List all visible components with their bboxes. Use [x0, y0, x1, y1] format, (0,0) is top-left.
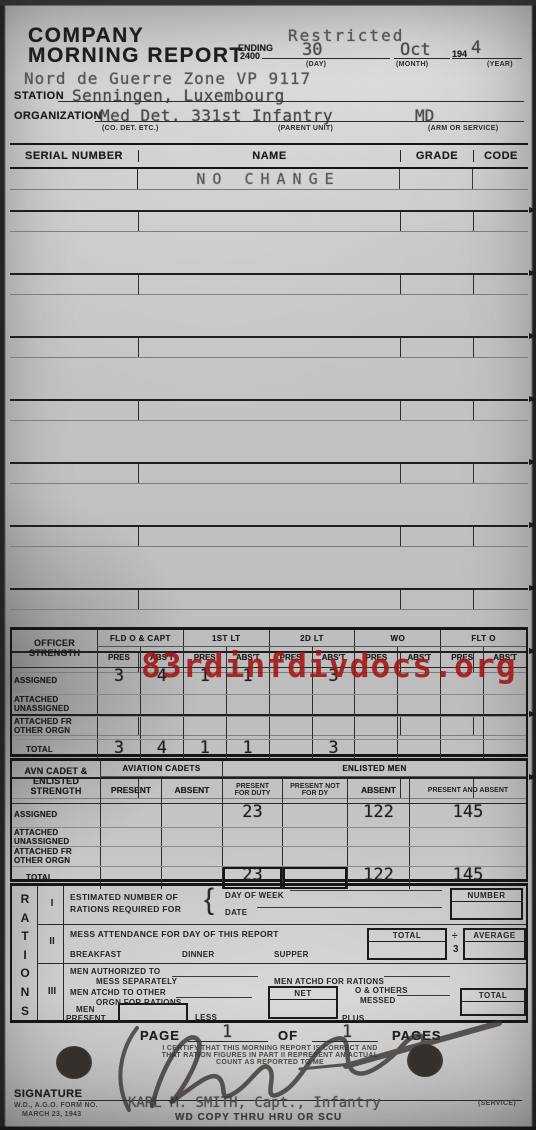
organization-service-value: MD: [415, 106, 434, 125]
meal-supper: SUPPER: [274, 950, 309, 959]
form-title-line2: MORNING REPORT: [28, 44, 244, 68]
date-month-value: Oct: [400, 40, 431, 60]
day-sublabel: (DAY): [306, 61, 326, 68]
roster-entry-code: [472, 169, 528, 189]
atchd-other-line: [176, 997, 252, 998]
atchd-other-line1: MEN ATCHD TO OTHER: [70, 988, 166, 997]
station-value: Senningen, Luxembourg: [72, 86, 285, 105]
station-underline: [58, 101, 524, 102]
estimated-line2: RATIONS REQUIRED FOR: [70, 904, 181, 914]
form-number-line2: MARCH 23, 1943: [22, 1111, 81, 1118]
officer-group-1stlt: 1ST LT: [183, 630, 269, 646]
atchd-rations-label: MEN ATCHD FOR RATIONS: [274, 977, 384, 986]
officer-row-attached-fr: ATTACHED FR OTHER ORGN: [12, 717, 526, 740]
rations-divider-1: [37, 886, 38, 1020]
enlisted-row-attached-unassigned: ATTACHED UNASSIGNED: [12, 828, 526, 847]
officer-value: 3: [97, 668, 140, 694]
roster-empty-row: [10, 273, 528, 316]
org-sublabel-arm: (ARM OR SERVICE): [428, 125, 498, 132]
officer-row-label: ASSIGNED: [12, 676, 97, 687]
auth-line1: MEN AUTHORIZED TO: [70, 967, 160, 976]
roster-empty-row: [10, 525, 528, 568]
enlisted-row-label: ASSIGNED: [12, 810, 100, 821]
auth-line2: MESS SEPARATELY: [96, 977, 177, 986]
service-sublabel: (SERVICE): [478, 1100, 516, 1107]
of-label: OF: [278, 1028, 298, 1043]
roster-empty-row: [10, 462, 528, 505]
copy-note: WD COPY THRU HRU OR SCU: [175, 1112, 342, 1123]
organization-underline: [95, 121, 524, 122]
others-line2: MESSED: [360, 996, 396, 1005]
others-line: [397, 995, 450, 996]
enlisted-value: 23: [222, 804, 282, 827]
col-present-for-duty: PRESENT FOR DUTY: [222, 777, 282, 803]
average-box-label: AVERAGE: [465, 930, 524, 942]
roster-empty-row: [10, 210, 528, 253]
enlisted-row-assigned: ASSIGNED 23 122 145: [12, 803, 526, 828]
officer-corner-label: OFFICER STRENGTH: [12, 630, 97, 667]
officer-group-wo: WO: [354, 630, 440, 646]
morning-report-scan: Restricted COMPANY MORNING REPORT ENDING…: [0, 0, 536, 1130]
officer-group-2dlt: 2D LT: [269, 630, 355, 646]
rations-section: RA TI ON S I II III ESTIMATED NUMBER OF …: [10, 883, 528, 1023]
officer-row-label: ATTACHED FR OTHER ORGN: [12, 717, 97, 739]
enlisted-row-attached-fr: ATTACHED FR OTHER ORGN: [12, 847, 526, 867]
page-value: 1: [222, 1022, 232, 1042]
col-absent-enlisted: ABSENT: [347, 777, 409, 803]
enlisted-strength-table: AVN CADET & ENLISTED STRENGTH AVIATION C…: [10, 758, 528, 882]
year-sublabel: (YEAR): [487, 61, 513, 68]
org-sublabel-co: (CO. DET. ETC.): [102, 125, 159, 132]
divide-sign: ÷: [452, 931, 458, 942]
enlisted-value: 145: [409, 804, 526, 827]
rations-rowline-2: [37, 963, 526, 964]
officer-group-flto: FLT O: [440, 630, 526, 646]
enlisted-row-label: ATTACHED FR OTHER ORGN: [12, 847, 100, 866]
roster-header-name: NAME: [138, 150, 400, 162]
officer-row-label: ATTACHED UNASSIGNED: [12, 695, 97, 716]
no-change-entry: NO CHANGE: [137, 169, 398, 189]
day-of-week-line: [290, 890, 442, 891]
auth-line: [172, 976, 258, 977]
date-line: [257, 907, 442, 908]
enlisted-row-label: TOTAL: [12, 873, 100, 884]
net-box: NET: [268, 986, 338, 1019]
punch-hole-right: [407, 1044, 443, 1077]
rations-numeral-2: II: [40, 936, 64, 947]
page-label: PAGE: [140, 1028, 180, 1043]
enlisted-row-label: ATTACHED UNASSIGNED: [12, 828, 100, 846]
brace: {: [204, 883, 214, 917]
rations-numeral-3: III: [40, 986, 64, 997]
col-present-and-absent: PRESENT AND ABSENT: [409, 777, 526, 803]
org-sublabel-parent: (PARENT UNIT): [278, 125, 333, 132]
average-box: AVERAGE: [463, 928, 526, 960]
officer-subheader-pres: PRES: [97, 647, 140, 667]
roster-entry-row: NO CHANGE: [10, 169, 528, 190]
certify-line3: COUNT AS REPORTED TO ME: [125, 1059, 415, 1066]
col-present: PRESENT: [100, 777, 161, 803]
rations-rowline-1: [37, 924, 526, 925]
net-box-label: NET: [270, 988, 336, 1000]
number-box: NUMBER: [450, 888, 523, 920]
typed-name: KARL M. SMITH, Capt., Infantry: [128, 1095, 381, 1111]
enlisted-corner-label: AVN CADET & ENLISTED STRENGTH: [12, 761, 100, 803]
rations-total-box-label: TOTAL: [462, 990, 524, 1002]
organization-value: Med Det. 331st Infantry: [100, 106, 333, 125]
roster-header-code: CODE: [473, 150, 528, 162]
roster-header-serial: SERIAL NUMBER: [10, 150, 138, 162]
month-sublabel: (MONTH): [396, 61, 428, 68]
pages-value: 1: [342, 1022, 352, 1042]
certify-line1: I CERTIFY THAT THIS MORNING REPORT IS CO…: [125, 1045, 415, 1052]
punch-hole-left: [56, 1046, 92, 1079]
roster-entry-serial: [10, 169, 137, 189]
ending-value: 2400: [240, 51, 260, 61]
signature-label: SIGNATURE: [14, 1088, 82, 1100]
less-label: LESS: [195, 1013, 217, 1022]
col-absent: ABSENT: [161, 777, 222, 803]
officer-row-label: TOTAL: [12, 745, 97, 756]
col-present-not-for-dy: PRESENT NOT FOR DY: [282, 777, 347, 803]
men-present-box: [118, 1003, 188, 1023]
pages-label: PAGES: [392, 1028, 442, 1043]
rations-numeral-1: I: [40, 898, 64, 909]
roster-empty-row: [10, 336, 528, 379]
rations-vertical-label: RA TI ON S: [18, 890, 32, 1020]
present-label: PRESENT: [66, 1014, 106, 1023]
mess-total-box: TOTAL: [367, 928, 447, 960]
others-line1: O & OTHERS: [355, 986, 408, 995]
date-day-value: 30: [302, 40, 322, 60]
form-number-line1: W.D., A.G.O. FORM NO.: [14, 1102, 98, 1109]
meal-breakfast: BREAKFAST: [70, 950, 122, 959]
enlisted-value: 122: [347, 804, 409, 827]
watermark: 83rdinfdivdocs.org: [141, 646, 517, 685]
roster-empty-row: [10, 399, 528, 442]
date-label: DATE: [225, 908, 247, 917]
meal-dinner: DINNER: [182, 950, 214, 959]
number-box-label: NUMBER: [452, 890, 521, 902]
mess-total-box-label: TOTAL: [369, 930, 445, 942]
officer-group-fld: FLD O & CAPT: [97, 630, 183, 646]
certify-statement: I CERTIFY THAT THIS MORNING REPORT IS CO…: [125, 1045, 415, 1066]
certify-line2: THAT RATION FIGURES IN PART II REPRESENT…: [125, 1052, 415, 1059]
rations-total-box: TOTAL: [460, 988, 526, 1016]
month-underline: [394, 58, 450, 59]
mess-attendance-title: MESS ATTENDANCE FOR DAY OF THIS REPORT: [70, 929, 279, 939]
roster-entry-grade: [399, 169, 473, 189]
estimated-line1: ESTIMATED NUMBER OF: [70, 892, 178, 902]
divide-by: 3: [453, 944, 459, 955]
roster-header-grade: GRADE: [400, 150, 473, 162]
roster-empty-row: [10, 588, 528, 631]
day-underline: [262, 58, 390, 59]
organization-label: ORGANIZATION: [14, 110, 102, 122]
year-underline: [452, 58, 522, 59]
day-of-week-label: DAY OF WEEK: [225, 891, 284, 900]
station-label: STATION: [14, 90, 64, 102]
roster-header-row: SERIAL NUMBER NAME GRADE CODE: [10, 143, 528, 169]
enlisted-men-group: ENLISTED MEN: [222, 761, 526, 776]
atchd-rations-line: [384, 976, 450, 977]
date-year-value: 4: [471, 38, 481, 58]
officer-row-attached-unassigned: ATTACHED UNASSIGNED: [12, 695, 526, 717]
men-label: MEN: [76, 1005, 95, 1014]
aviation-cadets-group: AVIATION CADETS: [100, 761, 222, 776]
